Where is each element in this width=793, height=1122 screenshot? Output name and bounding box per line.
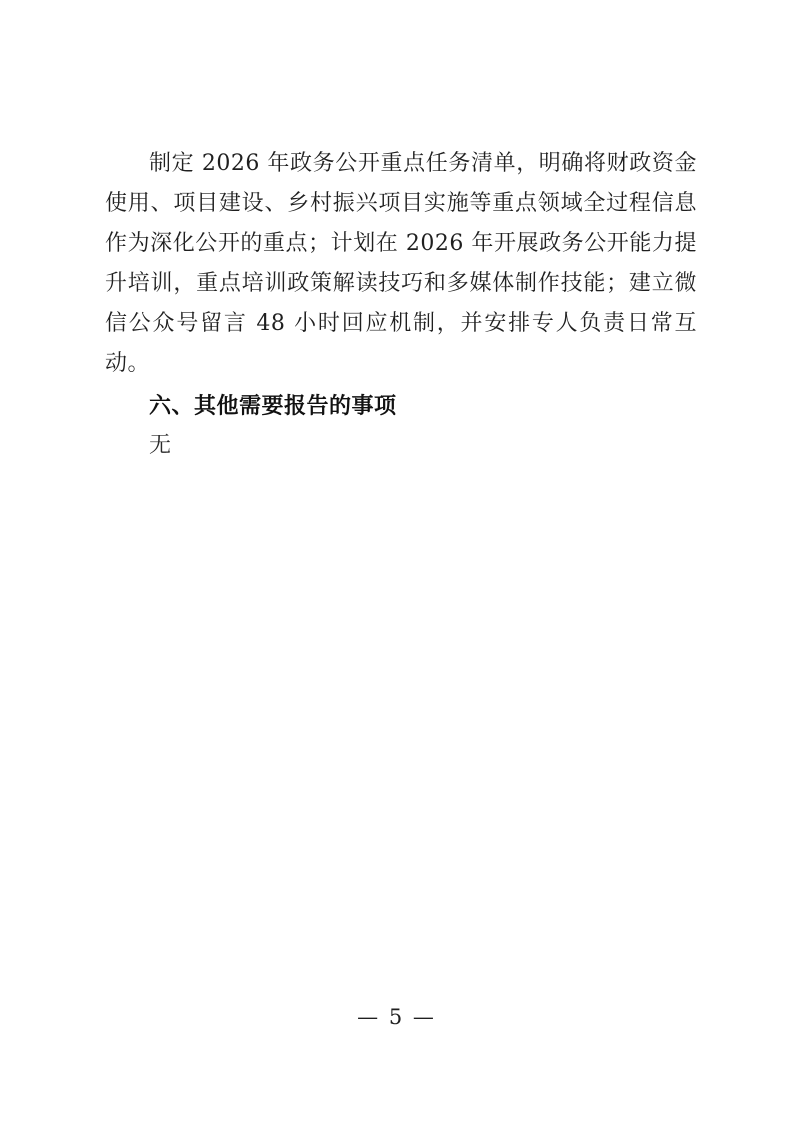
none-paragraph: 无: [105, 426, 697, 466]
body-paragraph: 制定 2026 年政务公开重点任务清单，明确将财政资金使用、项目建设、乡村振兴项…: [105, 144, 697, 384]
page-footer: — 5 —: [0, 1002, 793, 1032]
document-content: 制定 2026 年政务公开重点任务清单，明确将财政资金使用、项目建设、乡村振兴项…: [105, 144, 697, 466]
section-heading: 六、其他需要报告的事项: [105, 384, 697, 426]
page-number: — 5 —: [357, 1005, 436, 1029]
document-page: 制定 2026 年政务公开重点任务清单，明确将财政资金使用、项目建设、乡村振兴项…: [0, 0, 793, 1122]
